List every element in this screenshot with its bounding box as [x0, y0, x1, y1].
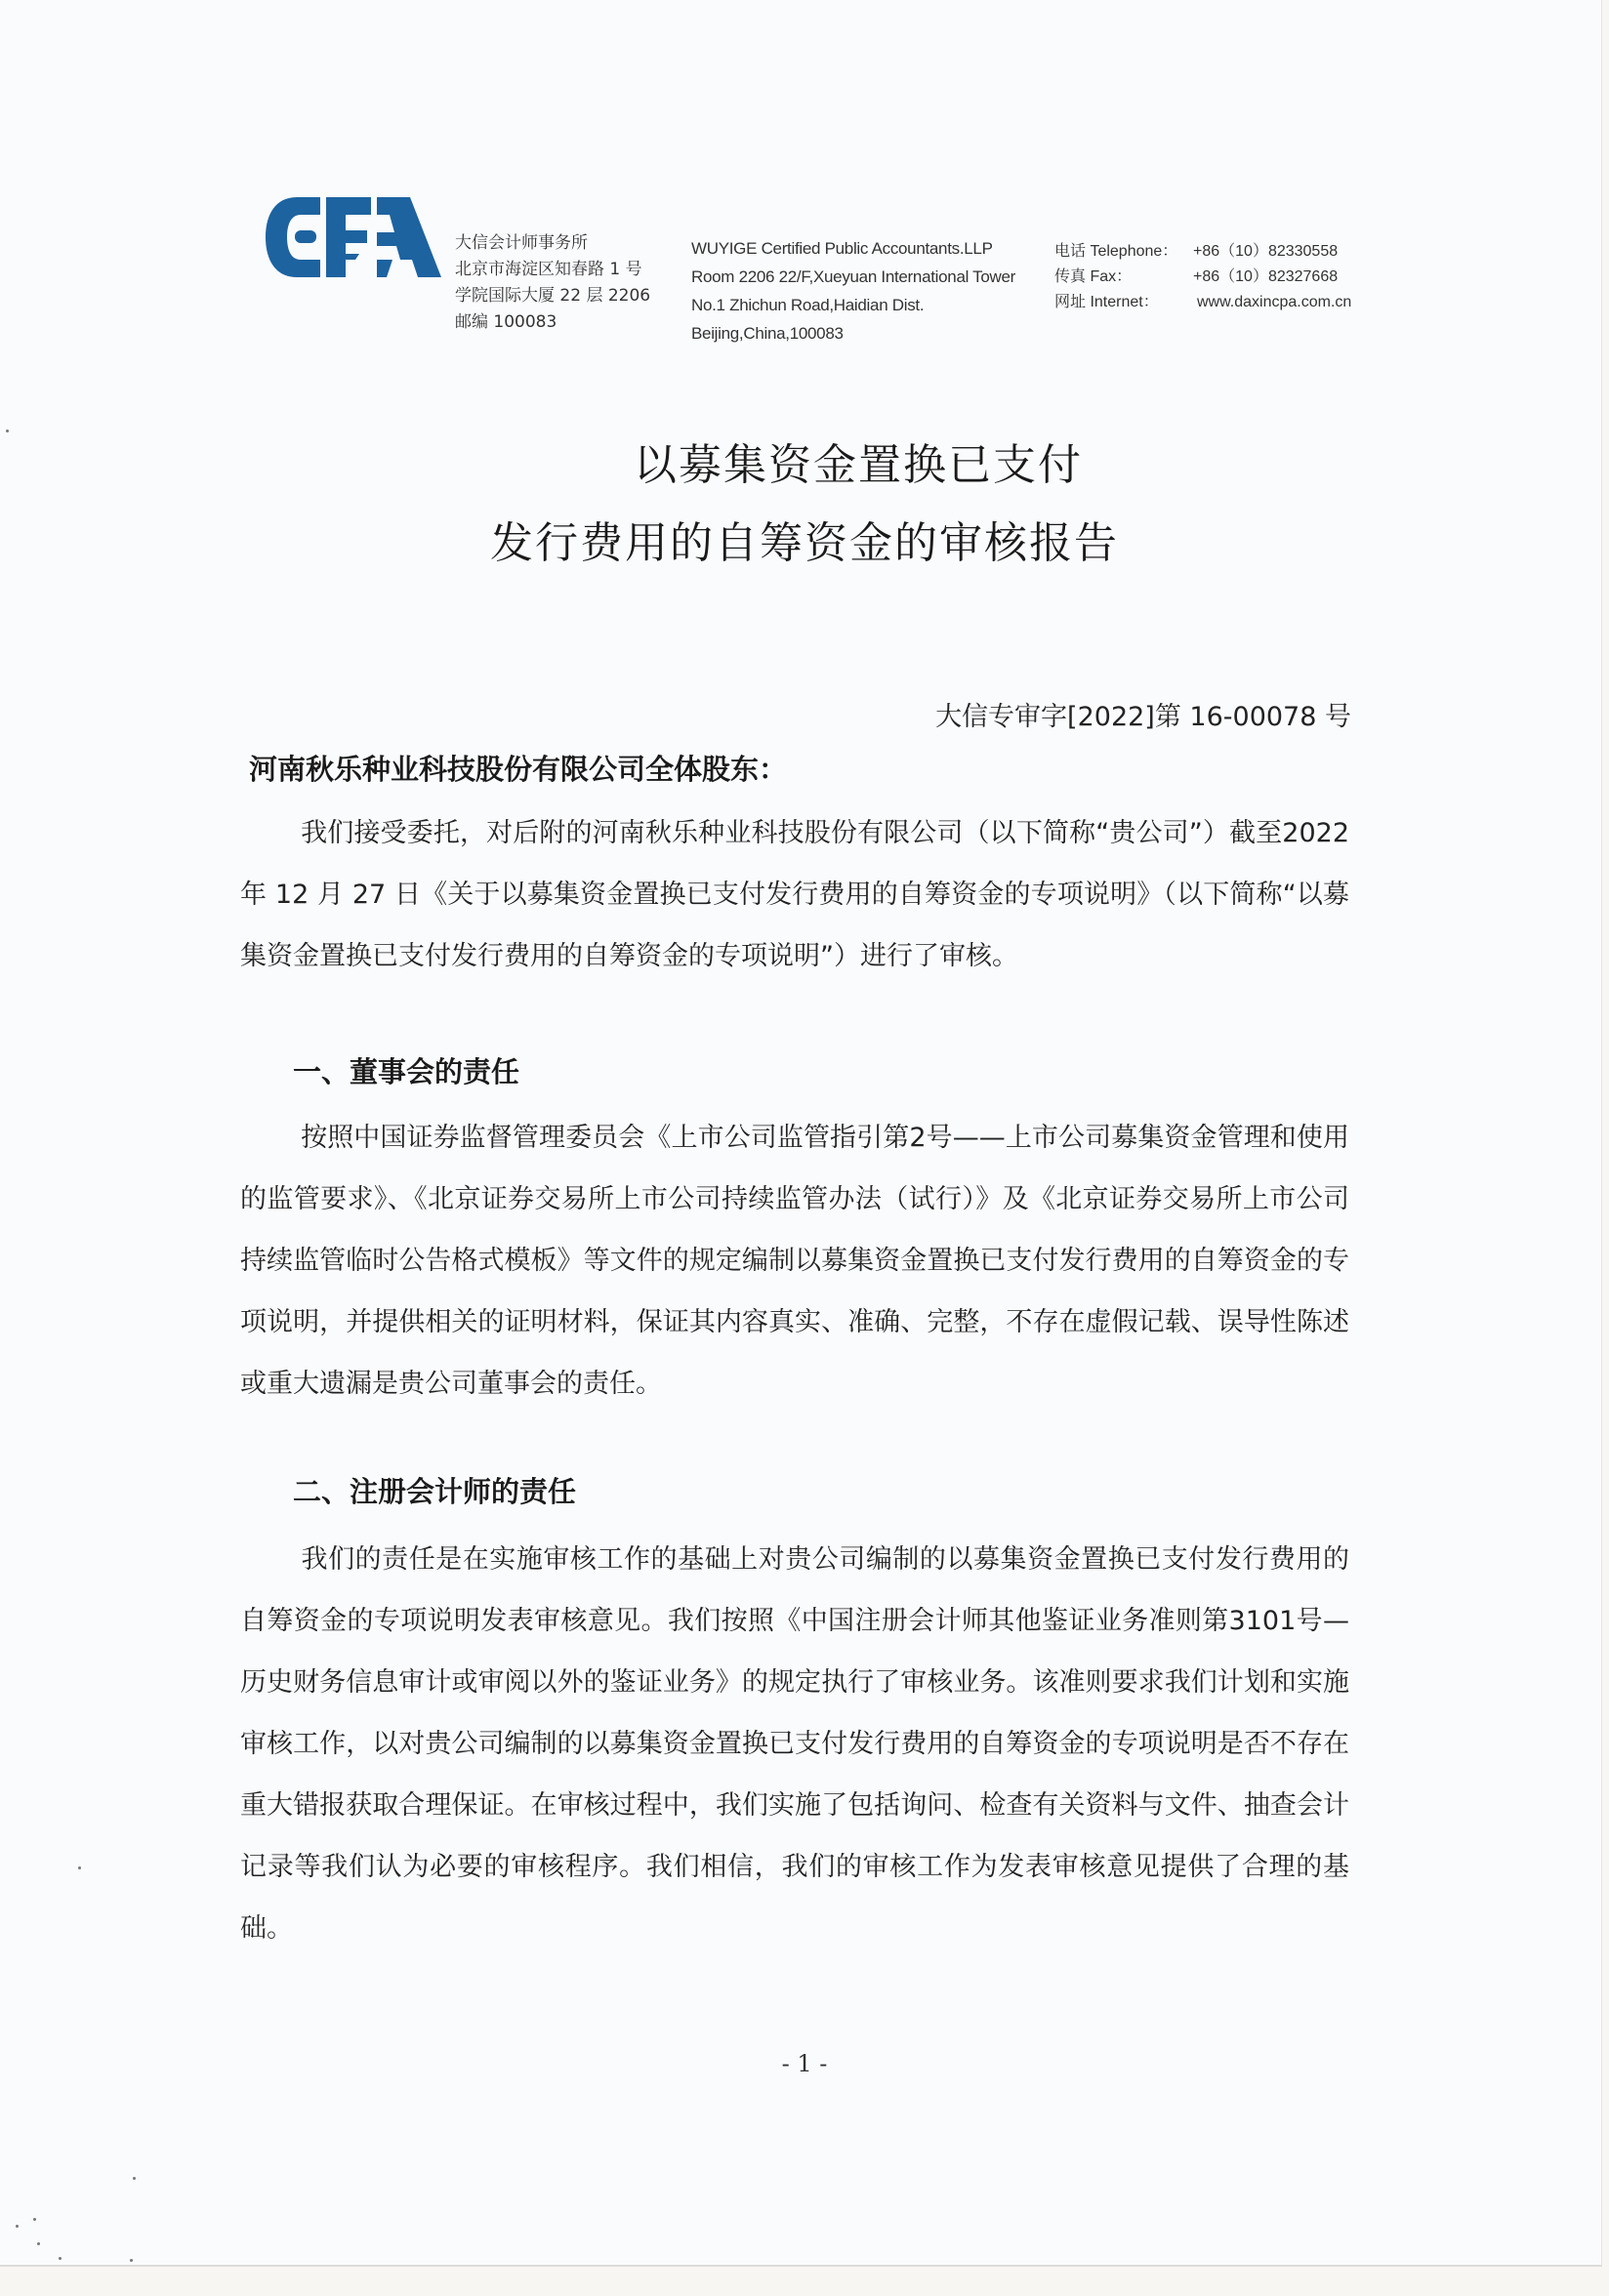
page-number: - 1 -: [0, 2050, 1609, 2077]
website-value: www.daxincpa.com.cn: [1193, 290, 1351, 315]
firm-name-en: WUYIGE Certified Public Accountants.LLP: [691, 234, 1015, 263]
firm-address-en: WUYIGE Certified Public Accountants.LLP …: [691, 234, 1015, 348]
section-heading-board: 一、董事会的责任: [293, 1050, 519, 1090]
section-heading-cpa: 二、注册会计师的责任: [293, 1470, 576, 1510]
address-line: Beijing,China,100083: [691, 319, 1015, 348]
scan-speck: [16, 2225, 19, 2228]
contact-telephone: 电话 Telephone： +86（10）82330558: [1054, 239, 1351, 265]
scan-speck: [33, 2218, 36, 2221]
postal-code: 邮编 100083: [455, 309, 650, 336]
telephone-value: +86（10）82330558: [1193, 239, 1338, 265]
contact-fax: 传真 Fax： +86（10）82327668: [1054, 265, 1351, 290]
scan-speck: [130, 2259, 133, 2262]
firm-contact: 电话 Telephone： +86（10）82330558 传真 Fax： +8…: [1054, 239, 1351, 315]
addressee: 河南秋乐种业科技股份有限公司全体股东：: [249, 748, 787, 788]
document-page: 大信会计师事务所 北京市海淀区知春路 1 号 学院国际大厦 22 层 2206 …: [0, 0, 1602, 2267]
section-body-board: 按照中国证券监督管理委员会《上市公司监管指引第2号——上市公司募集资金管理和使用…: [240, 1107, 1349, 1414]
section-text: 我们的责任是在实施审核工作的基础上对贵公司编制的以募集资金置换已支付发行费用的自…: [240, 1544, 1349, 1944]
scan-speck: [78, 1866, 81, 1869]
reference-number: 大信专审字[2022]第 16-00078 号: [935, 695, 1351, 733]
firm-name-cn: 大信会计师事务所: [455, 230, 650, 257]
address-line: 北京市海淀区知春路 1 号: [455, 257, 650, 283]
scan-speck: [133, 2177, 136, 2180]
address-line: Room 2206 22/F,Xueyuan International Tow…: [691, 263, 1015, 291]
document-title-line-2: 发行费用的自筹资金的审核报告: [0, 508, 1609, 570]
scan-speck: [6, 430, 9, 432]
document-title-line-1: 以募集资金置换已支付: [54, 430, 1609, 492]
fax-value: +86（10）82327668: [1193, 265, 1338, 290]
intro-paragraph: 我们接受委托，对后附的河南秋乐种业科技股份有限公司（以下简称“贵公司”）截至20…: [240, 802, 1349, 987]
contact-internet: 网址 Internet： www.daxincpa.com.cn: [1054, 290, 1351, 315]
section-text: 按照中国证券监督管理委员会《上市公司监管指引第2号——上市公司募集资金管理和使用…: [240, 1123, 1349, 1399]
cpa-logo-icon: [262, 195, 443, 279]
telephone-label: 电话 Telephone：: [1054, 239, 1193, 265]
firm-address-cn: 大信会计师事务所 北京市海淀区知春路 1 号 学院国际大厦 22 层 2206 …: [455, 230, 650, 336]
fax-label: 传真 Fax：: [1054, 265, 1193, 290]
internet-label: 网址 Internet：: [1054, 290, 1193, 315]
intro-text: 我们接受委托，对后附的河南秋乐种业科技股份有限公司（以下简称“贵公司”）截至20…: [240, 818, 1349, 971]
address-line: 学院国际大厦 22 层 2206: [455, 283, 650, 309]
scan-speck: [59, 2257, 62, 2260]
section-body-cpa: 我们的责任是在实施审核工作的基础上对贵公司编制的以募集资金置换已支付发行费用的自…: [240, 1529, 1349, 1959]
address-line: No.1 Zhichun Road,Haidian Dist.: [691, 291, 1015, 319]
scan-speck: [37, 2242, 40, 2245]
